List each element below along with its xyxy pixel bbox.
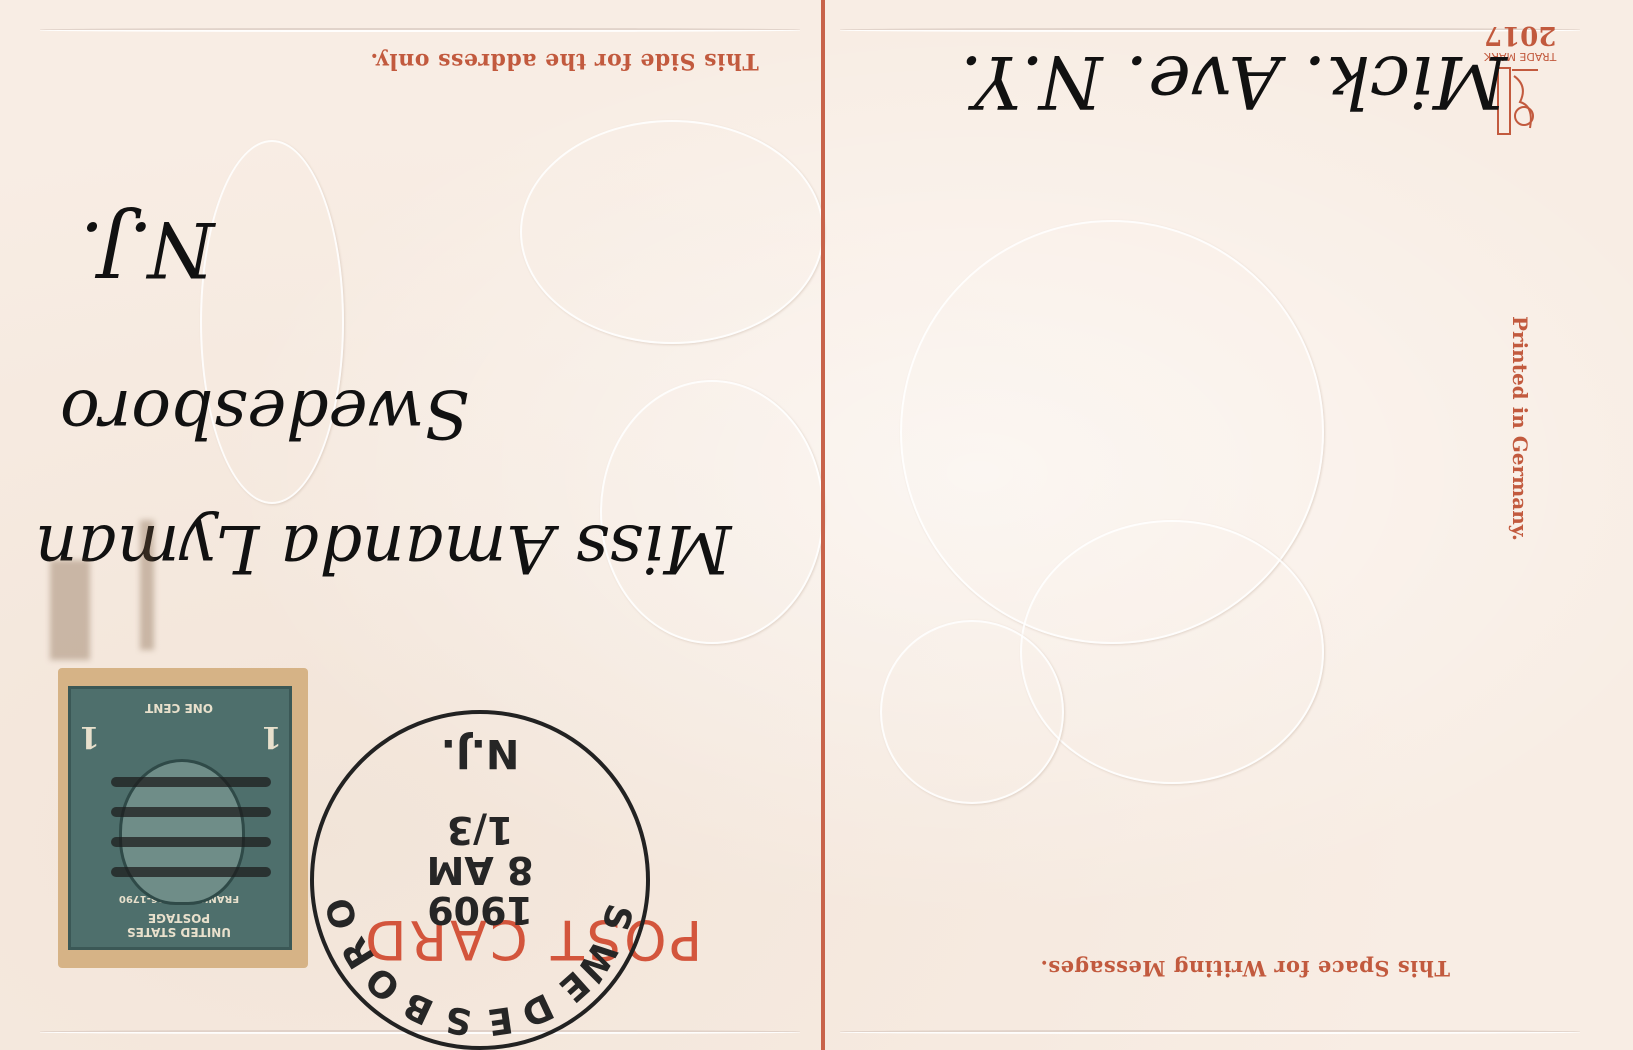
postmark-town-letter: E bbox=[486, 998, 516, 1042]
embossed-border-bottom-right bbox=[840, 1030, 1580, 1034]
postmark-date: 1/3 bbox=[314, 810, 646, 850]
embossed-border-top-left bbox=[40, 28, 800, 32]
postmark-state: N.J. bbox=[314, 730, 646, 776]
postmark-town-letter: W bbox=[577, 933, 624, 975]
embossed-flower bbox=[1020, 520, 1324, 784]
stamp-design: UNITED STATES POSTAGE ONE CENT FRANKLIN … bbox=[68, 686, 292, 950]
stamp-value-right: 1 bbox=[261, 719, 282, 754]
postmark: SWEDESBORO N.J. 1909 8 AM 1/3 bbox=[310, 710, 650, 1050]
postage-stamp: UNITED STATES POSTAGE ONE CENT FRANKLIN … bbox=[58, 668, 308, 968]
stamp-value-left: 1 bbox=[79, 719, 100, 754]
ink-smudge bbox=[140, 520, 154, 650]
embossed-flower bbox=[520, 120, 824, 344]
stamp-country: UNITED STATES POSTAGE bbox=[99, 911, 259, 939]
message-text: Mick. Ave. N.Y. bbox=[960, 40, 1507, 124]
cancellation-bar bbox=[111, 777, 271, 787]
address-state: N.J. bbox=[80, 205, 215, 294]
cancellation-bar bbox=[111, 837, 271, 847]
cancellation-bar bbox=[111, 867, 271, 877]
postmark-town-letter: D bbox=[520, 985, 559, 1032]
message-side-header: This Space for Writing Messages. bbox=[1040, 956, 1450, 981]
postmark-town-letter: O bbox=[363, 962, 408, 1009]
postcard-back: This Side for the address only. This Spa… bbox=[0, 0, 1633, 1050]
cancellation-bar bbox=[111, 807, 271, 817]
embossed-wreath bbox=[900, 220, 1324, 644]
printed-in-germany: Printed in Germany. bbox=[1508, 316, 1532, 541]
postmark-town-letter: S bbox=[445, 998, 475, 1042]
postmark-year: 1909 bbox=[314, 890, 646, 930]
stamp-denomination: ONE CENT bbox=[99, 701, 259, 715]
address-town: Swedesboro bbox=[60, 375, 469, 452]
center-divider bbox=[821, 0, 825, 1050]
embossed-flower bbox=[880, 620, 1064, 804]
postmark-town-letter: B bbox=[401, 985, 440, 1032]
address-side-header: This Side for the address only. bbox=[370, 48, 759, 74]
ink-smudge bbox=[50, 560, 90, 660]
postmark-time: 8 AM bbox=[314, 850, 646, 890]
postmark-datetime: 1909 8 AM 1/3 bbox=[314, 810, 646, 930]
embossed-border-top-right bbox=[840, 28, 1580, 32]
